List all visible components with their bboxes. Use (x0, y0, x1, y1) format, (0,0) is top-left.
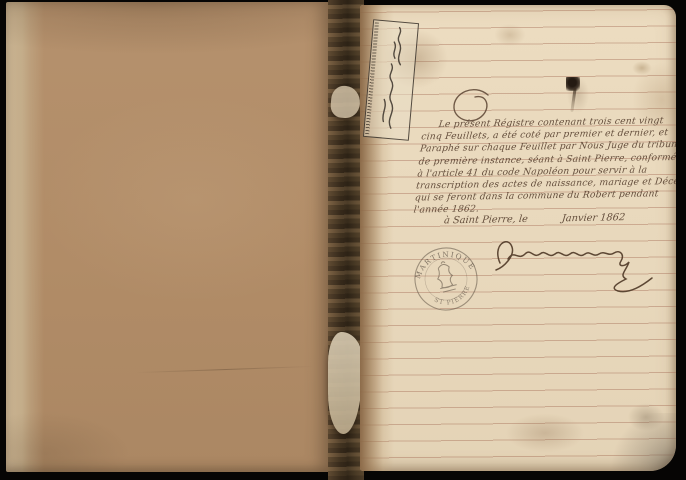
stamp-arc-bottom-text: ST PIERRE (430, 283, 475, 310)
svg-text:ST PIERRE: ST PIERRE (430, 283, 475, 310)
signature-graphic (478, 229, 660, 293)
book-spine (328, 0, 364, 480)
dateline-date: Janvier 1862 (561, 212, 625, 224)
spine-tear-patch-bottom (328, 332, 362, 434)
register-inside-cover (6, 2, 330, 472)
handwritten-paragraph: Le présent Régistre contenant trois cent… (413, 114, 676, 217)
register-title-page: Le présent Régistre contenant trois cent… (360, 5, 676, 471)
scanned-register-photo: Le présent Régistre contenant trois cent… (0, 0, 686, 480)
dateline-blank-space (528, 221, 562, 222)
dateline-place: à Saint Pierre, le (443, 214, 528, 226)
cover-crease (136, 365, 314, 372)
stamp-emblem (434, 260, 458, 293)
ink-blot (566, 77, 580, 91)
spine-tear-patch-top (330, 85, 362, 119)
